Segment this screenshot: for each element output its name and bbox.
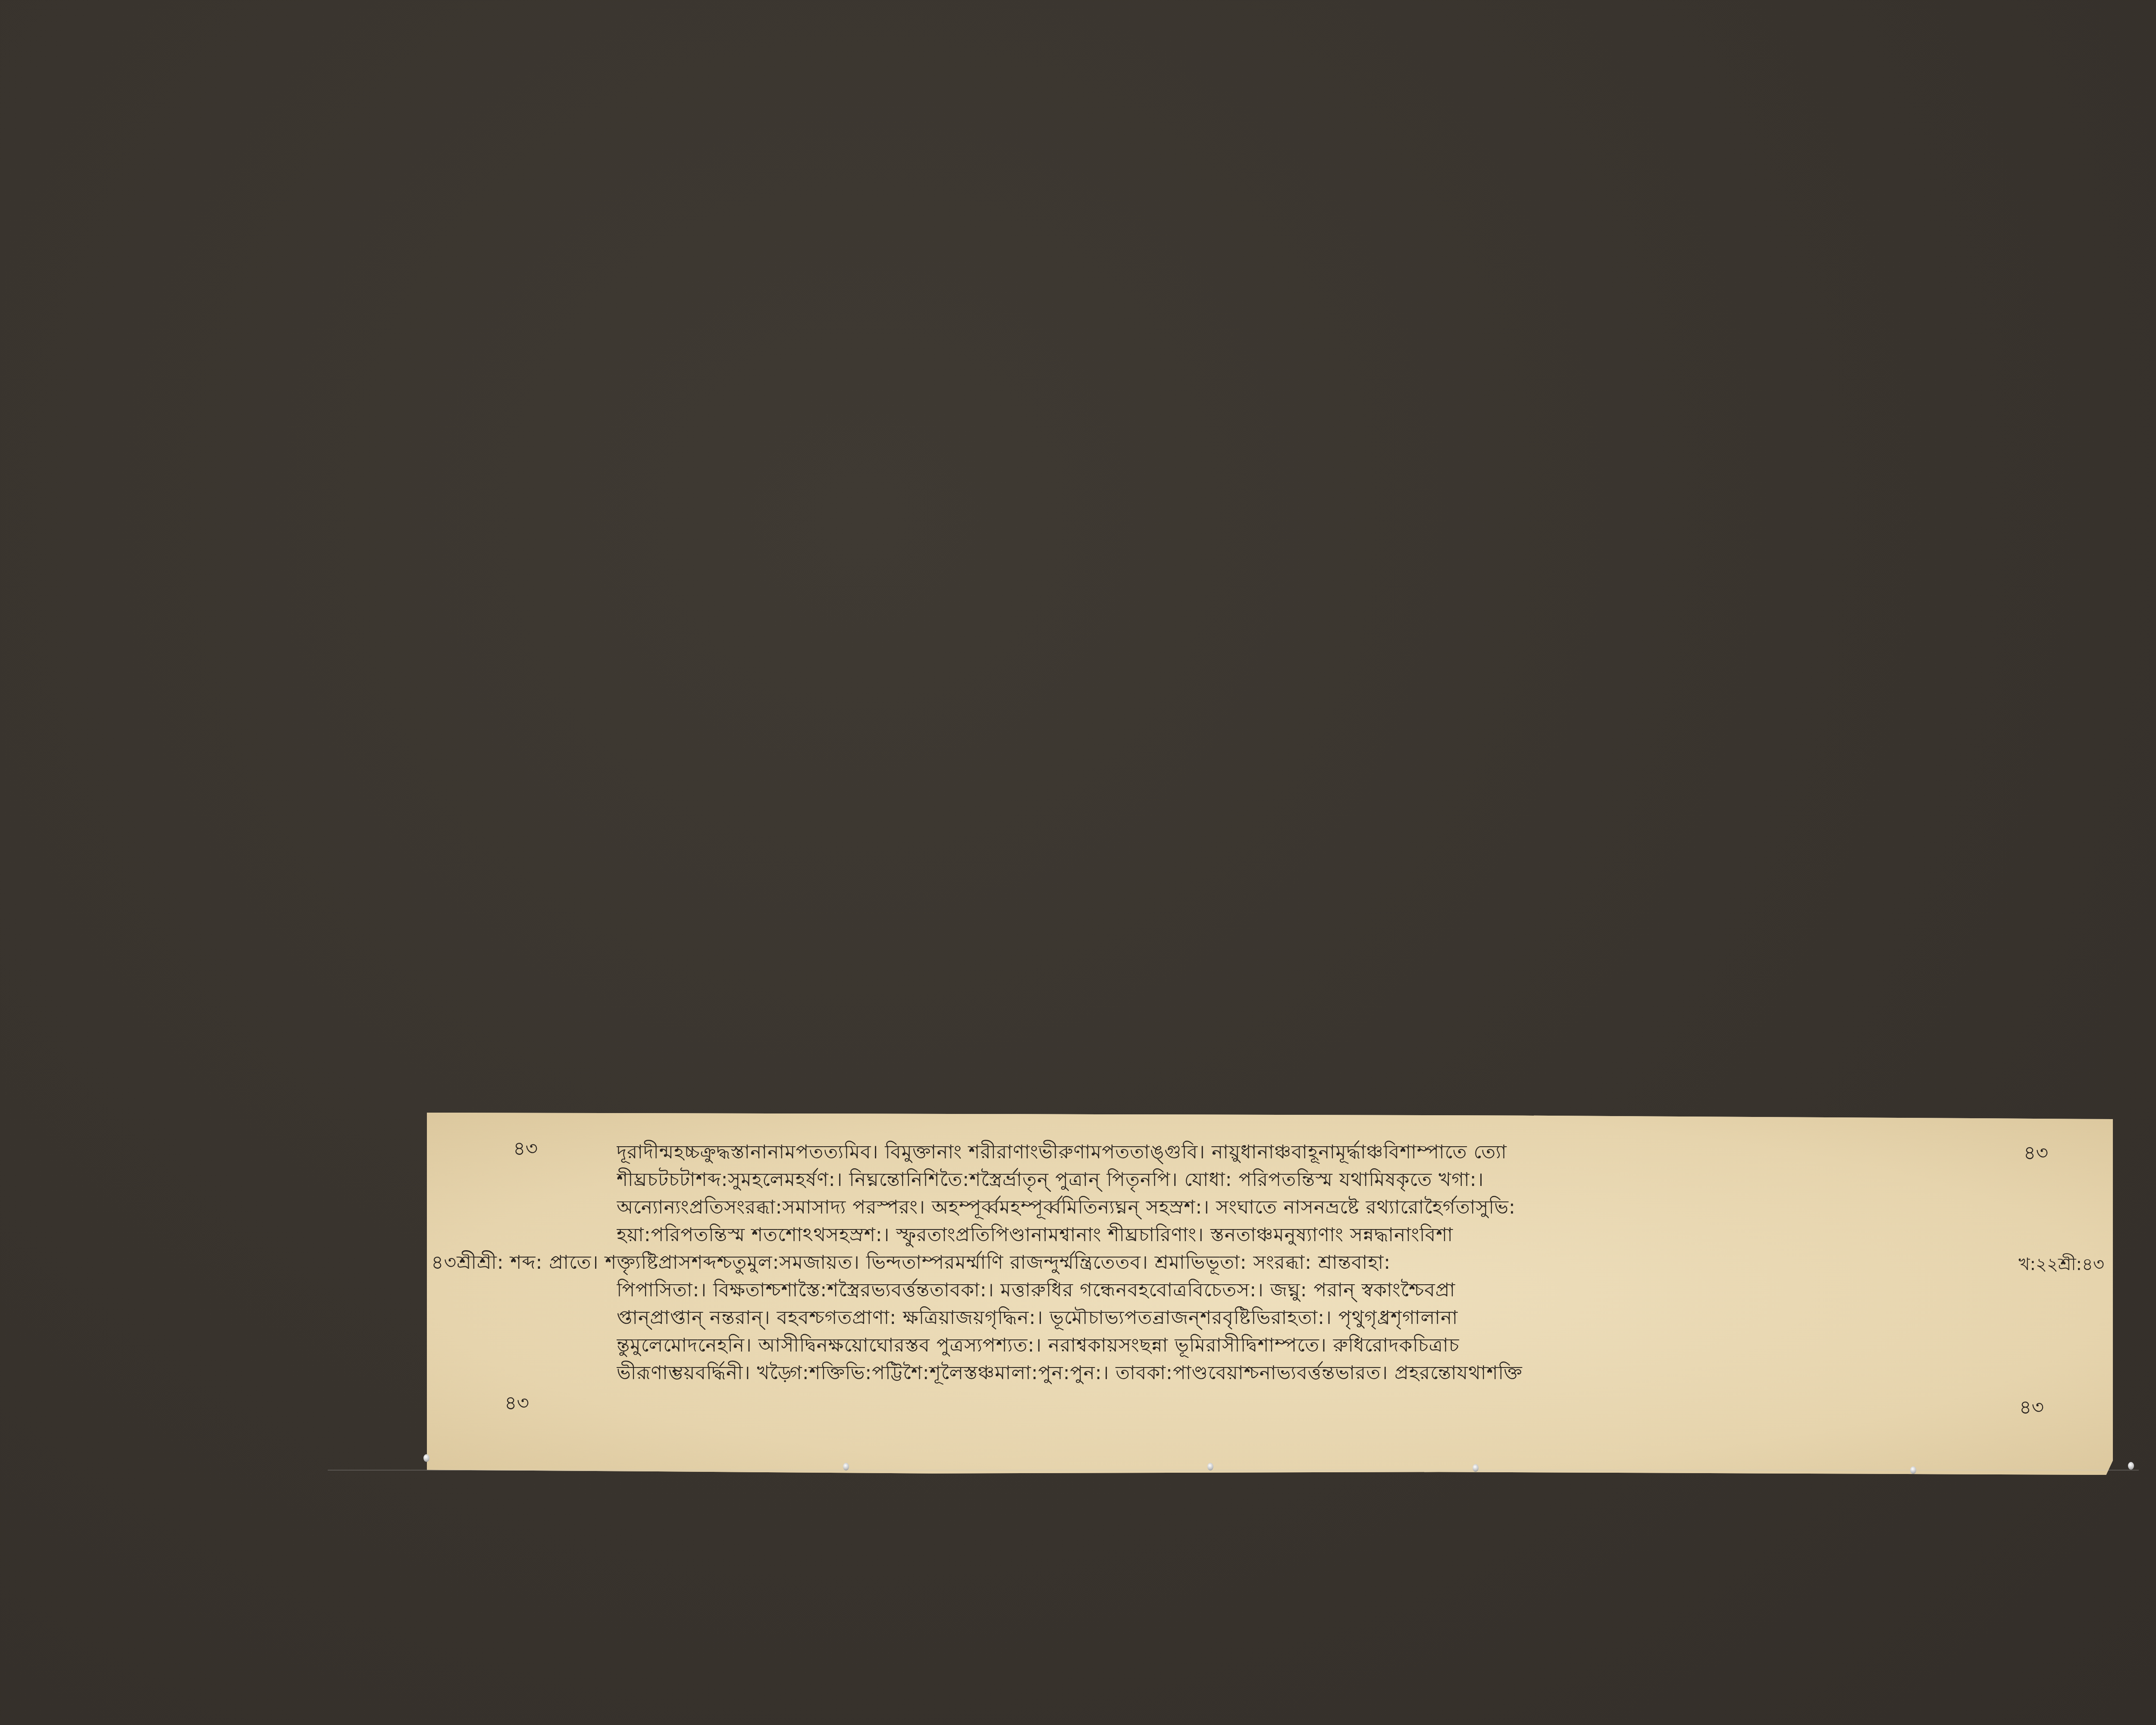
text-line: ভীরূণাম্ভয়বর্দ্ধিনী। খড়্গৈ:শক্তিভি:পট্… [617, 1359, 1966, 1387]
mounting-pin [843, 1463, 849, 1471]
mounting-pin [1207, 1463, 1213, 1471]
mounting-pin [423, 1454, 429, 1462]
folio-number-bottom-left: ৪৩ [505, 1389, 529, 1420]
folio-number-top-right: ৪৩ [2024, 1138, 2048, 1170]
text-line: প্তান্প্রাপ্তান্ নন্তরান্। বহবশ্চগতপ্রাণ… [617, 1304, 1966, 1332]
mounting-pin [1910, 1466, 1916, 1474]
text-line: দূরাদীন্মহচ্চক্রুদ্ধস্তানানামপতত্যমিব। ব… [617, 1138, 1966, 1166]
mounting-pin [1473, 1464, 1479, 1472]
text-line: ন্তুমুলেমোদনেহনি। আসীদ্বিনক্ষয়োঘোরস্তব … [617, 1332, 1966, 1359]
manuscript-leaf: ৪৩ ৪৩ ৪৩ ৪৩ খ:২২শ্রী:৪৩ দূরাদীন্মহচ্চক্র… [427, 1113, 2113, 1475]
folio-number-bottom-right: ৪৩ [2019, 1393, 2044, 1424]
folio-number-top-left: ৪৩ [513, 1134, 538, 1166]
manuscript-text: দূরাদীন্মহচ্চক্রুদ্ধস্তানানামপতত্যমিব। ব… [617, 1138, 1966, 1387]
text-line: শীঘ্রচটচটাশব্দ:সুমহলেমহর্ষণ:। নিঘ্নন্তোন… [617, 1166, 1966, 1194]
mounting-pin [2128, 1462, 2134, 1470]
marginal-note-right: খ:২২শ্রী:৪৩ [2018, 1251, 2104, 1280]
mounting-thread [328, 1470, 2139, 1471]
text-line: ৪৩শ্রীশ্রী: শব্দ: প্রাতে। শক্ত্যৃষ্টিপ্র… [431, 1249, 1966, 1276]
text-line: হয়া:পরিপতন্তিস্ম শতশোঽথসহস্রশ:। স্ফুরতা… [617, 1221, 1966, 1249]
marginal-note-left: ৪৩শ্রীশ্রী: [431, 1251, 504, 1273]
text-line: পিপাসিতা:। বিক্ষতাশ্চশাস্তৈ:শস্ত্রৈরভ্যব… [617, 1276, 1966, 1304]
text-line: অন্যোন্যংপ্রতিসংরব্ধা:সমাসাদ্য পরস্পরং। … [617, 1194, 1966, 1221]
text-line-body: শব্দ: প্রাতে। শক্ত্যৃষ্টিপ্রাসশব্দশ্চতুম… [511, 1251, 1391, 1273]
